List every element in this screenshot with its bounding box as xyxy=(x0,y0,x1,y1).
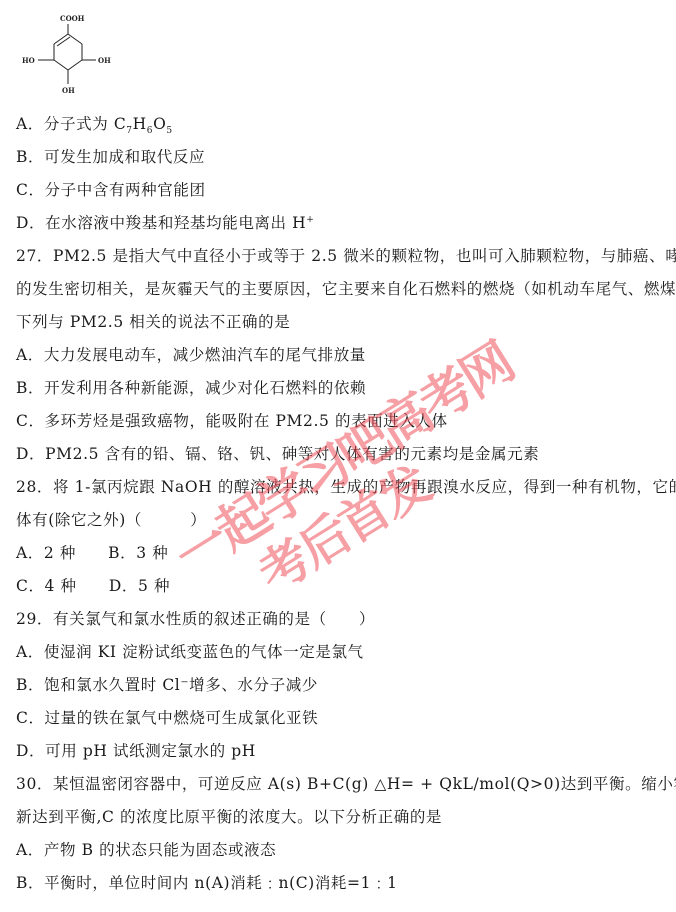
q27-stem-line-2: 的发生密切相关，是灰霾天气的主要原因，它主要来自化石燃料的燃烧（如机动车尾气、燃… xyxy=(16,279,676,299)
q30-stem-line-2: 新达到平衡,C 的浓度比原平衡的浓度大。以下分析正确的是 xyxy=(16,807,442,827)
oh-right-label: OH xyxy=(98,56,111,65)
q26-option-b: B．可发生加成和取代反应 xyxy=(16,147,205,167)
q26-option-c: C．分子中含有两种官能团 xyxy=(16,180,206,200)
q29-stem: 29．有关氯气和氯水性质的叙述正确的是（ ） xyxy=(16,609,375,629)
q27-stem-line-3: 下列与 PM2.5 相关的说法不正确的是 xyxy=(16,312,290,332)
cooh-label: COOH xyxy=(60,14,85,23)
exam-page: COOH HO OH OH A．分子式为 C7H6O5 B．可发生加成和取代反应… xyxy=(0,0,676,912)
chemical-structure-diagram: COOH HO OH OH xyxy=(14,4,134,100)
q29-option-b: B．饱和氯水久置时 Cl⁻增多、水分子减少 xyxy=(16,675,318,695)
q30-option-a: A．产物 B 的状态只能为固态或液态 xyxy=(16,840,276,860)
q27-option-a: A．大力发展电动车，减少燃油汽车的尾气排放量 xyxy=(16,345,366,365)
option-text: A．分子式为 C xyxy=(16,115,126,133)
q30-stem-line-1: 30．某恒温密闭容器中，可逆反应 A(s) B+C(g) △H= + QkL/m… xyxy=(16,774,676,794)
ho-label: HO xyxy=(22,56,35,65)
oh-bottom-label: OH xyxy=(62,86,75,95)
q27-stem-line-1: 27．PM2.5 是指大气中直径小于或等于 2.5 微米的颗粒物，也叫可入肺颗粒… xyxy=(16,246,676,266)
q29-option-a: A．使湿润 KI 淀粉试纸变蓝色的气体一定是氯气 xyxy=(16,642,364,662)
q27-option-d: D．PM2.5 含有的铅、镉、铬、钒、砷等对人体有害的元素均是金属元素 xyxy=(16,444,539,464)
q29-option-c: C．过量的铁在氯气中燃烧可生成氯化亚铁 xyxy=(16,708,318,728)
q27-option-b: B．开发利用各种新能源，减少对化石燃料的依赖 xyxy=(16,378,366,398)
q28-stem-line-1: 28．将 1-氯丙烷跟 NaOH 的醇溶液共热，生成的产物再跟溴水反应，得到一种… xyxy=(16,477,676,497)
option-text: D．在水溶液中羧基和羟基均能电离出 H xyxy=(16,214,306,232)
watermark-line-2: 考后首发 xyxy=(243,446,441,607)
option-text: O xyxy=(153,115,166,133)
q26-option-d: D．在水溶液中羧基和羟基均能电离出 H+ xyxy=(16,213,314,233)
q29-option-d: D．可用 pH 试纸测定氯水的 pH xyxy=(16,741,256,761)
q27-option-c: C．多环芳烃是强致癌物，能吸附在 PM2.5 的表面进入人体 xyxy=(16,411,448,431)
q30-option-b: B．平衡时，单位时间内 n(A)消耗﹕n(C)消耗=1﹕1 xyxy=(16,873,398,893)
subscript: 5 xyxy=(166,126,172,136)
q28-stem-line-2: 体有(除它之外)（ ） xyxy=(16,510,206,530)
option-text: H xyxy=(133,115,147,133)
q26-option-a: A．分子式为 C7H6O5 xyxy=(16,114,173,134)
superscript: + xyxy=(306,215,314,225)
q28-options-ab: A．2 种 B．3 种 xyxy=(16,543,168,563)
q28-options-cd: C．4 种 D．5 种 xyxy=(16,576,170,596)
